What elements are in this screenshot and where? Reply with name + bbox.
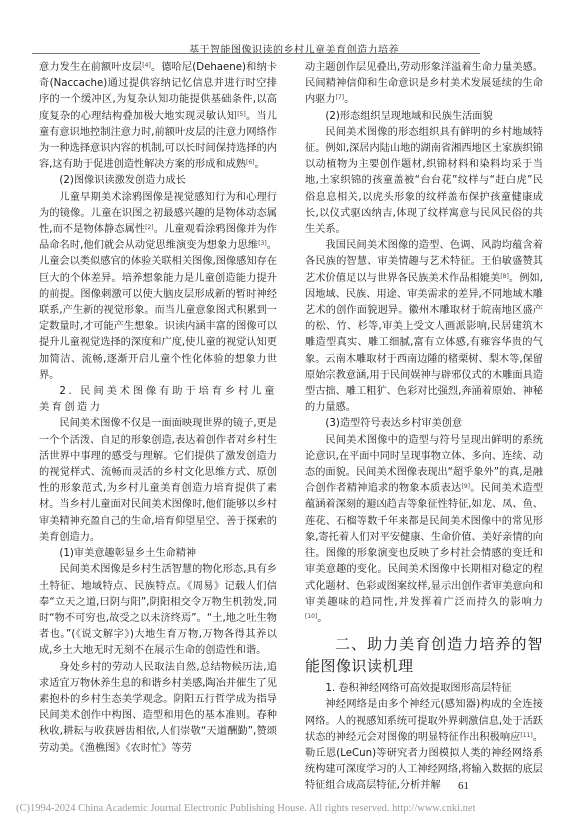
citation: [7] bbox=[336, 94, 345, 101]
subsection-heading: (2)图像识读激发创造力成长 bbox=[39, 173, 277, 189]
copyright-notice: (C)1994-2024 China Academic Journal Elec… bbox=[16, 803, 576, 814]
text: 意力发生在前额叶皮层 bbox=[39, 62, 142, 73]
citation: [11] bbox=[520, 732, 532, 739]
subsection-heading: 1. 卷积神经网络可高效提取图形高层特征 bbox=[305, 681, 543, 697]
left-column: 意力发生在前额叶皮层[4]。德哈尼(Dehaene)和纳卡奇(Naccache)… bbox=[39, 60, 277, 757]
paragraph: 身处乡村的劳动人民取法自然,总结物候历法,追求适宜万物休养生息的和谐乡村美感,陶… bbox=[39, 660, 277, 757]
paragraph: 儿童早期美术涂鸦图像是视觉感知行为和心理行为的镜像。儿童在识图之初最感兴趣的是物… bbox=[39, 190, 277, 384]
paragraph: 民间美术图像不仅是一面面映现世界的镜子,更是一个个活泼、自足的形象创造,表达着创… bbox=[39, 416, 277, 546]
citation: [5] bbox=[237, 111, 246, 118]
citation: [3] bbox=[258, 240, 267, 247]
paragraph: 民间美术图像是乡村生活智慧的物化形态,具有乡土特征、地域特点、民族特点。《周易》… bbox=[39, 562, 277, 659]
citation: [6] bbox=[246, 159, 255, 166]
paragraph: 民间美术图像中的造型与符号呈现出鲜明的系统论意识,在平面中同时呈现事物立体、多向… bbox=[305, 433, 543, 627]
citation: [8] bbox=[500, 273, 509, 280]
section-heading: 2. 民间美术图像有助于培育乡村儿童美育创造力 bbox=[39, 384, 277, 416]
page-number: 61 bbox=[458, 780, 469, 792]
right-column: 动主题创作层见叠出,劳动形象洋溢着生命力量美感。民间精神信仰和生命意识是乡村美术… bbox=[305, 60, 543, 795]
text: 神经网络是由多个神经元(感知器)构成的全连接网络。人的视感知系统可提取外界刺激信… bbox=[305, 699, 543, 742]
subsection-heading: (3)造型符号表达乡村审美创意 bbox=[305, 416, 543, 432]
text: 。民间美术造型蕴涵着深刻的避凶趋吉等象征性特征,如龙、凤、鱼、莲花、石榴等数千年… bbox=[305, 483, 543, 607]
citation: [9] bbox=[461, 483, 470, 490]
paragraph: 动主题创作层见叠出,劳动形象洋溢着生命力量美感。民间精神信仰和生命意识是乡村美术… bbox=[305, 60, 543, 109]
chapter-heading: 二、助力美育创造力培养的智能图像识读机理 bbox=[305, 633, 543, 677]
paragraph: 我国民间美术图像的造型、色调、风韵均蕴含着各民族的智慧、审美情趣与艺术特征。王伯… bbox=[305, 238, 543, 416]
subsection-heading: (1)审美意趣彰显乡土生命精神 bbox=[39, 546, 277, 562]
header-rule bbox=[32, 53, 480, 54]
paragraph: 民间美术图像的形态组织具有鲜明的乡村地域特征。例如,深居内陆山地的湖南省湘西地区… bbox=[305, 125, 543, 238]
text: 。儿童会以类似感官的体验关联相关图像,图像感知存在巨大的个体差异。培养想象能力是… bbox=[39, 240, 277, 381]
text: 。例如,因地域、民族、用途、审美需求的差异,不同地域木雕艺术的创作面貌迥异。徽州… bbox=[305, 273, 543, 414]
paragraph: 神经网络是由多个神经元(感知器)构成的全连接网络。人的视感知系统可提取外界刺激信… bbox=[305, 697, 543, 794]
text: 。 bbox=[344, 94, 354, 105]
text: 。 bbox=[317, 613, 327, 624]
citation: [2] bbox=[145, 224, 154, 231]
subsection-heading: (2)形态组织呈现地域和民族生活面貌 bbox=[305, 109, 543, 125]
citation: [10] bbox=[305, 613, 317, 620]
citation: [4] bbox=[142, 62, 151, 69]
text: 。 bbox=[255, 159, 265, 170]
paragraph: 意力发生在前额叶皮层[4]。德哈尼(Dehaene)和纳卡奇(Naccache)… bbox=[39, 60, 277, 173]
